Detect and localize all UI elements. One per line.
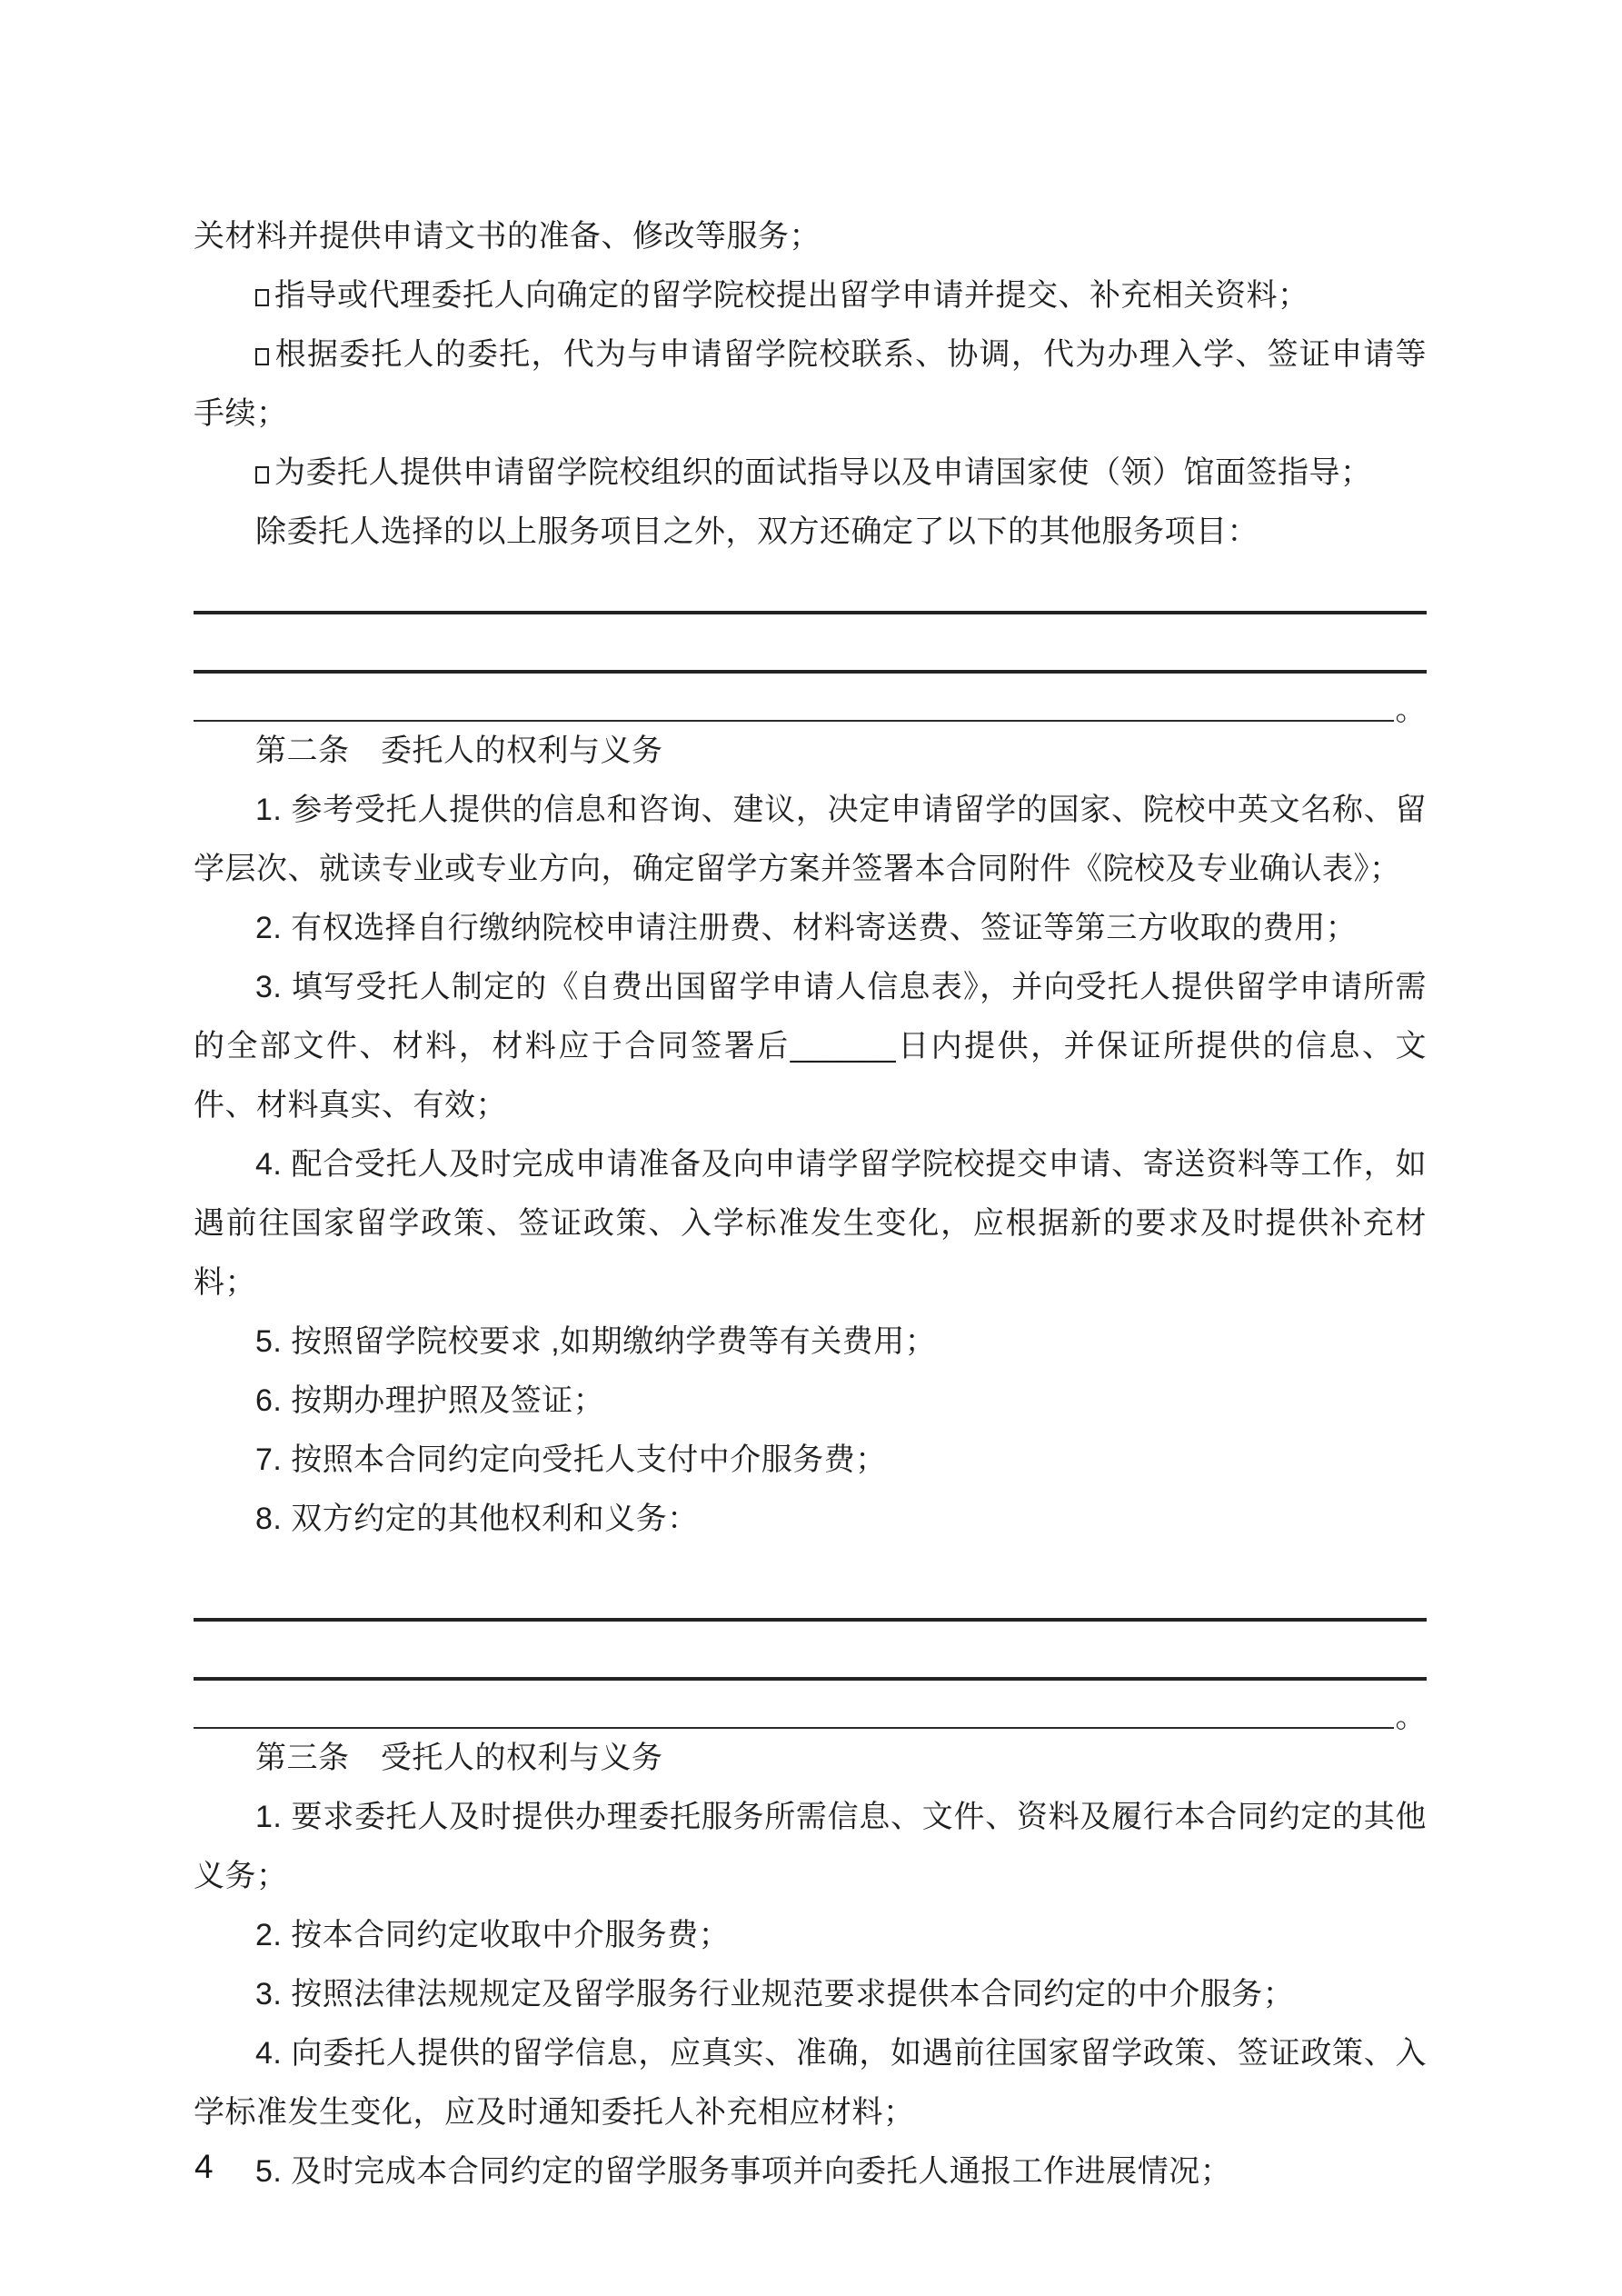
other-services-write-in-blanks: 。 — [194, 562, 1427, 722]
article2-item-2: 2. 有权选择自行缴纳院校申请注册费、材料寄送费、签证等第三方收取的费用； — [194, 899, 1427, 958]
article2-item-1: 1. 参考受托人提供的信息和咨询、建议，决定申请留学的国家、院校中英文名称、留学… — [194, 781, 1427, 899]
contract-body: 关材料并提供申请文书的准备、修改等服务； 指导或代理委托人向确定的留学院校提出留… — [194, 207, 1427, 2201]
article2-item-6: 6. 按期办理护照及签证； — [194, 1372, 1427, 1431]
paragraph-continuation: 关材料并提供申请文书的准备、修改等服务； — [194, 207, 1427, 266]
article2-item-8: 8. 双方约定的其他权利和义务： — [194, 1490, 1427, 1549]
service-option-3-text: 为委托人提供申请留学院校组织的面试指导以及申请国家使（领）馆面签指导； — [274, 455, 1372, 490]
write-in-line — [194, 1569, 1427, 1622]
document-page: 关材料并提供申请文书的准备、修改等服务； 指导或代理委托人向确定的留学院校提出留… — [0, 0, 1622, 2296]
article3-item-1: 1. 要求委托人及时提供办理委托服务所需信息、文件、资料及履行本合同约定的其他义… — [194, 1788, 1427, 1906]
service-option-2-text: 根据委托人的委托，代为与申请留学院校联系、协调，代为办理入学、签证申请等手续； — [194, 337, 1427, 431]
sentence-period: 。 — [1394, 694, 1427, 725]
article2-heading: 第二条 委托人的权利与义务 — [194, 722, 1427, 781]
checkbox-icon — [255, 466, 269, 484]
write-in-line — [194, 614, 1427, 674]
service-option-1: 指导或代理委托人向确定的留学院校提出留学申请并提交、补充相关资料； — [194, 266, 1427, 325]
other-rights-write-in-blanks: 。 — [194, 1569, 1427, 1729]
article2-item-3: 3. 填写受托人制定的《自费出国留学申请人信息表》，并向受托人提供留学申请所需的… — [194, 958, 1427, 1135]
article2-item-4: 4. 配合受托人及时完成申请准备及向申请学留学院校提交申请、寄送资料等工作，如遇… — [194, 1135, 1427, 1313]
service-option-3: 为委托人提供申请留学院校组织的面试指导以及申请国家使（领）馆面签指导； — [194, 444, 1427, 503]
article2-item-5: 5. 按照留学院校要求 ,如期缴纳学费等有关费用； — [194, 1313, 1427, 1372]
write-in-line — [194, 1622, 1427, 1681]
other-services-lead: 除委托人选择的以上服务项目之外，双方还确定了以下的其他服务项目： — [194, 503, 1427, 562]
write-in-line-with-period: 。 — [194, 1681, 1427, 1729]
write-in-line — [194, 674, 1394, 722]
page-number: 4 — [194, 2147, 214, 2187]
write-in-line-with-period: 。 — [194, 674, 1427, 722]
article3-item-3: 3. 按照法律法规规定及留学服务行业规范要求提供本合同约定的中介服务； — [194, 1965, 1427, 2024]
service-option-2: 根据委托人的委托，代为与申请留学院校联系、协调，代为办理入学、签证申请等手续； — [194, 325, 1427, 444]
write-in-line — [194, 1681, 1394, 1729]
article3-heading: 第三条 受托人的权利与义务 — [194, 1729, 1427, 1788]
checkbox-icon — [255, 348, 269, 365]
sentence-period: 。 — [1394, 1702, 1427, 1732]
write-in-line — [194, 562, 1427, 614]
article3-item-2: 2. 按本合同约定收取中介服务费； — [194, 1906, 1427, 1965]
article3-item-4: 4. 向委托人提供的留学信息，应真实、准确，如遇前往国家留学政策、签证政策、入学… — [194, 2024, 1427, 2142]
service-option-1-text: 指导或代理委托人向确定的留学院校提出留学申请并提交、补充相关资料； — [274, 278, 1309, 313]
checkbox-icon — [255, 289, 269, 306]
article2-item-7: 7. 按照本合同约定向受托人支付中介服务费； — [194, 1431, 1427, 1490]
article3-item-5: 5. 及时完成本合同约定的留学服务事项并向委托人通报工作进展情况； — [194, 2142, 1427, 2201]
